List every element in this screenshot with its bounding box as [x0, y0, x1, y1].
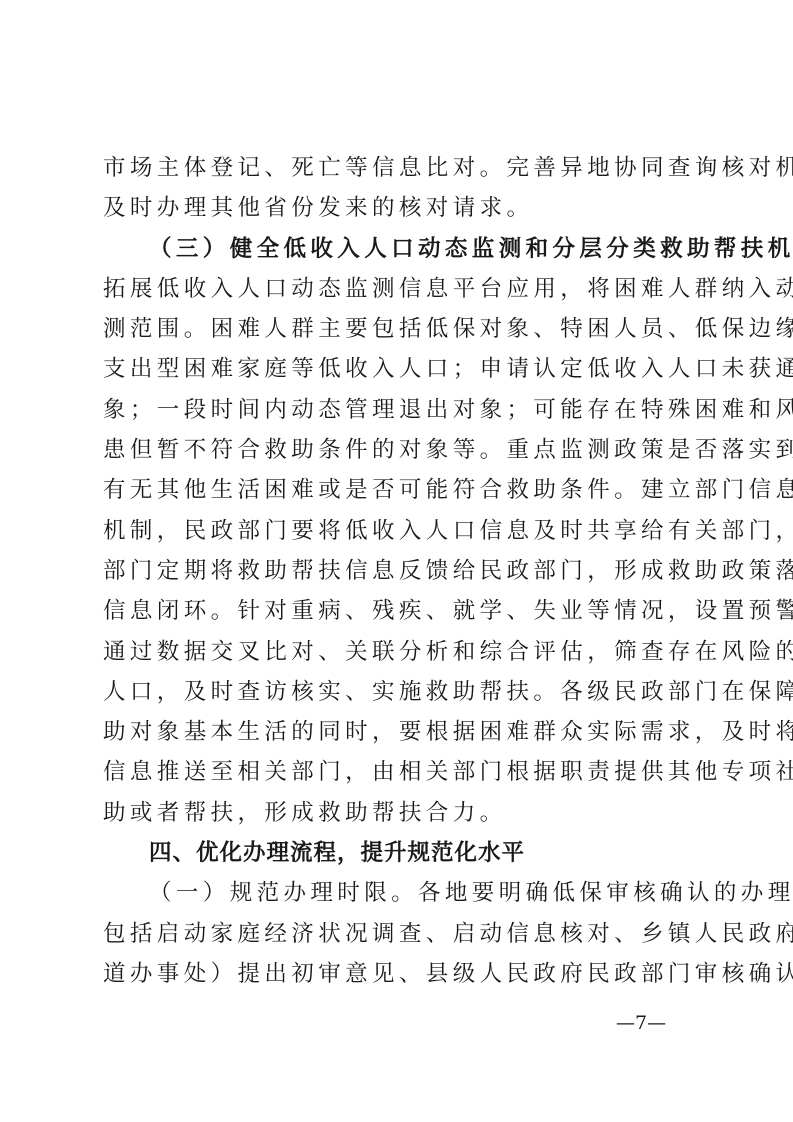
- paragraph-line: 机制，民政部门要将低收入人口信息及时共享给有关部门，相关: [103, 511, 697, 551]
- paragraph-line: 助或者帮扶，形成救助帮扶合力。: [103, 793, 697, 833]
- paragraph-line: 有无其他生活困难或是否可能符合救助条件。建立部门信息共享: [103, 470, 697, 510]
- document-page: 市场主体登记、死亡等信息比对。完善异地协同查询核对机制， 及时办理其他省份发来的…: [0, 0, 793, 1122]
- paragraph-line: 市场主体登记、死亡等信息比对。完善异地协同查询核对机制，: [103, 148, 697, 188]
- paragraph-line: 患但暂不符合救助条件的对象等。重点监测政策是否落实到位、: [103, 430, 697, 470]
- paragraph-line: 道办事处）提出初审意见、县级人民政府民政部门审核确认等各: [103, 954, 697, 994]
- paragraph-line: 象；一段时间内动态管理退出对象；可能存在特殊困难和风险隐: [103, 390, 697, 430]
- paragraph-line: 部门定期将救助帮扶信息反馈给民政部门，形成救助政策落实的: [103, 551, 697, 591]
- paragraph-line: 助对象基本生活的同时，要根据困难群众实际需求，及时将求助: [103, 712, 697, 752]
- paragraph-line: 测范围。困难人群主要包括低保对象、特困人员、低保边缘家庭、: [103, 309, 697, 349]
- paragraph-line: （一）规范办理时限。各地要明确低保审核确认的办理期限，: [103, 873, 697, 913]
- paragraph-line: 及时办理其他省份发来的核对请求。: [103, 188, 697, 228]
- page-number: —7—: [616, 1012, 666, 1034]
- paragraph-line: 通过数据交叉比对、关联分析和综合评估，筛查存在风险的困难: [103, 632, 697, 672]
- paragraph-line: 人口，及时查访核实、实施救助帮扶。各级民政部门在保障好救: [103, 672, 697, 712]
- document-body: 市场主体登记、死亡等信息比对。完善异地协同查询核对机制， 及时办理其他省份发来的…: [103, 148, 697, 994]
- section-heading-4: 四、优化办理流程，提升规范化水平: [103, 833, 697, 873]
- paragraph-line: 信息闭环。针对重病、残疾、就学、失业等情况，设置预警指标，: [103, 591, 697, 631]
- paragraph-line: 拓展低收入人口动态监测信息平台应用，将困难人群纳入动态监: [103, 269, 697, 309]
- paragraph-line: 支出型困难家庭等低收入人口；申请认定低收入人口未获通过对: [103, 349, 697, 389]
- subsection-heading-3: （三）健全低收入人口动态监测和分层分类救助帮扶机制。: [103, 229, 697, 269]
- paragraph-line: 包括启动家庭经济状况调查、启动信息核对、乡镇人民政府（街: [103, 914, 697, 954]
- paragraph-line: 信息推送至相关部门，由相关部门根据职责提供其他专项社会救: [103, 752, 697, 792]
